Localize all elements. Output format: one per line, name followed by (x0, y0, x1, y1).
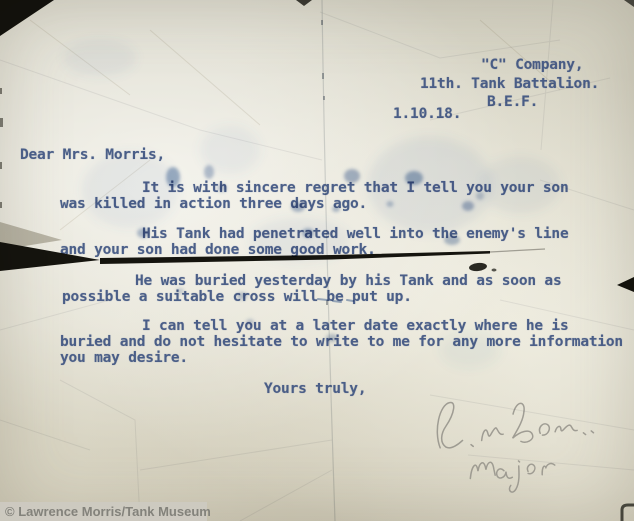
paragraph-1: It is with sincere regret that I tell yo… (60, 180, 569, 212)
paragraph-4-line-3: you may desire. (60, 350, 623, 366)
paragraph-1-line-1: It is with sincere regret that I tell yo… (60, 180, 569, 196)
paragraph-4: I can tell you at a later date exactly w… (60, 318, 623, 366)
letter-photograph: "C" Company, 11th. Tank Battalion. B.E.F… (0, 0, 634, 521)
signature-name-scrawl (425, 383, 603, 463)
paragraph-3-line-1: He was buried yesterday by his Tank and … (62, 273, 562, 289)
paragraph-3-line-2: possible a suitable cross will be put up… (62, 289, 562, 305)
salutation: Dear Mrs. Morris, (20, 147, 165, 163)
paragraph-1-line-2: was killed in action three days ago. (60, 196, 569, 212)
closing: Yours truly, (264, 381, 366, 397)
fold-specks (321, 20, 328, 305)
left-edge-specks (0, 88, 3, 208)
paragraph-4-line-1: I can tell you at a later date exactly w… (60, 318, 623, 334)
letterhead-company: "C" Company, (481, 57, 583, 73)
fold-flap-shadow (0, 222, 62, 250)
vertical-fold-crease (322, 0, 335, 521)
photo-credit: © Lawrence Morris/Tank Museum (0, 502, 207, 521)
letterhead-battalion: 11th. Tank Battalion. (420, 76, 599, 92)
paragraph-4-line-2: buried and do not hesitate to write to m… (60, 334, 623, 350)
letter-date: 1.10.18. (393, 106, 461, 122)
paragraph-3: He was buried yesterday by his Tank and … (62, 273, 562, 305)
paragraph-2: His Tank had penetrated well into the en… (60, 226, 569, 258)
bottom-right-stamp-corner (622, 505, 634, 521)
paragraph-2-line-2: and your son had done some good work. (60, 242, 569, 258)
paragraph-2-line-1: His Tank had penetrated well into the en… (60, 226, 569, 242)
vertical-fold-highlight (324, 0, 337, 521)
letterhead-force: B.E.F. (487, 94, 538, 110)
signature-rank-scrawl (461, 445, 575, 497)
